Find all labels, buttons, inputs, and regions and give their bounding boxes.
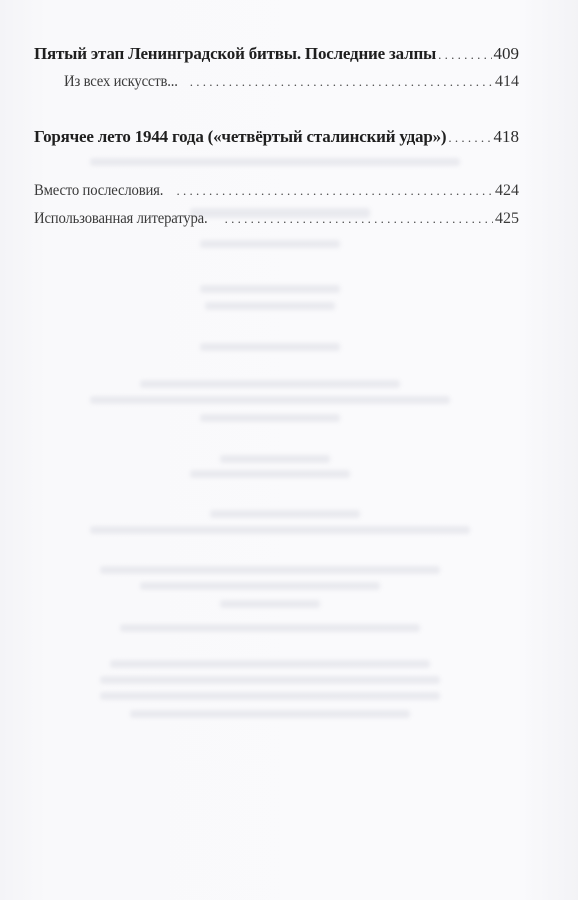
leader-dots [438,45,491,65]
toc-entry[interactable]: Пятый этап Ленинградской битвы. Последни… [34,44,519,65]
toc-entry-title: Использованная литература. [34,209,207,229]
toc-entry[interactable]: Горячее лето 1944 года («четвёртый стали… [34,127,519,148]
toc-entry-title: Пятый этап Ленинградской битвы. Последни… [34,44,436,64]
toc-entry[interactable]: Вместо послесловия. 424 [34,181,519,201]
leader-dots [448,128,491,148]
toc-entry-page: 424 [495,181,519,201]
book-page: Пятый этап Ленинградской битвы. Последни… [0,0,578,900]
toc-entry-page: 409 [494,44,520,64]
leader-dots [190,72,493,92]
toc-entry-title: Горячее лето 1944 года («четвёртый стали… [34,127,446,147]
toc-entry-page: 418 [494,127,520,147]
toc-entry-title: Из всех искусств... [64,72,178,92]
toc-entry-title: Вместо послесловия. [34,181,163,201]
toc-entry-page: 425 [495,209,519,229]
toc-entry[interactable]: Из всех искусств... 414 [64,72,519,92]
leader-dots [177,181,494,201]
toc-entry[interactable]: Использованная литература. 425 [34,209,519,229]
toc-entry-page: 414 [495,72,519,92]
leader-dots [225,209,493,229]
